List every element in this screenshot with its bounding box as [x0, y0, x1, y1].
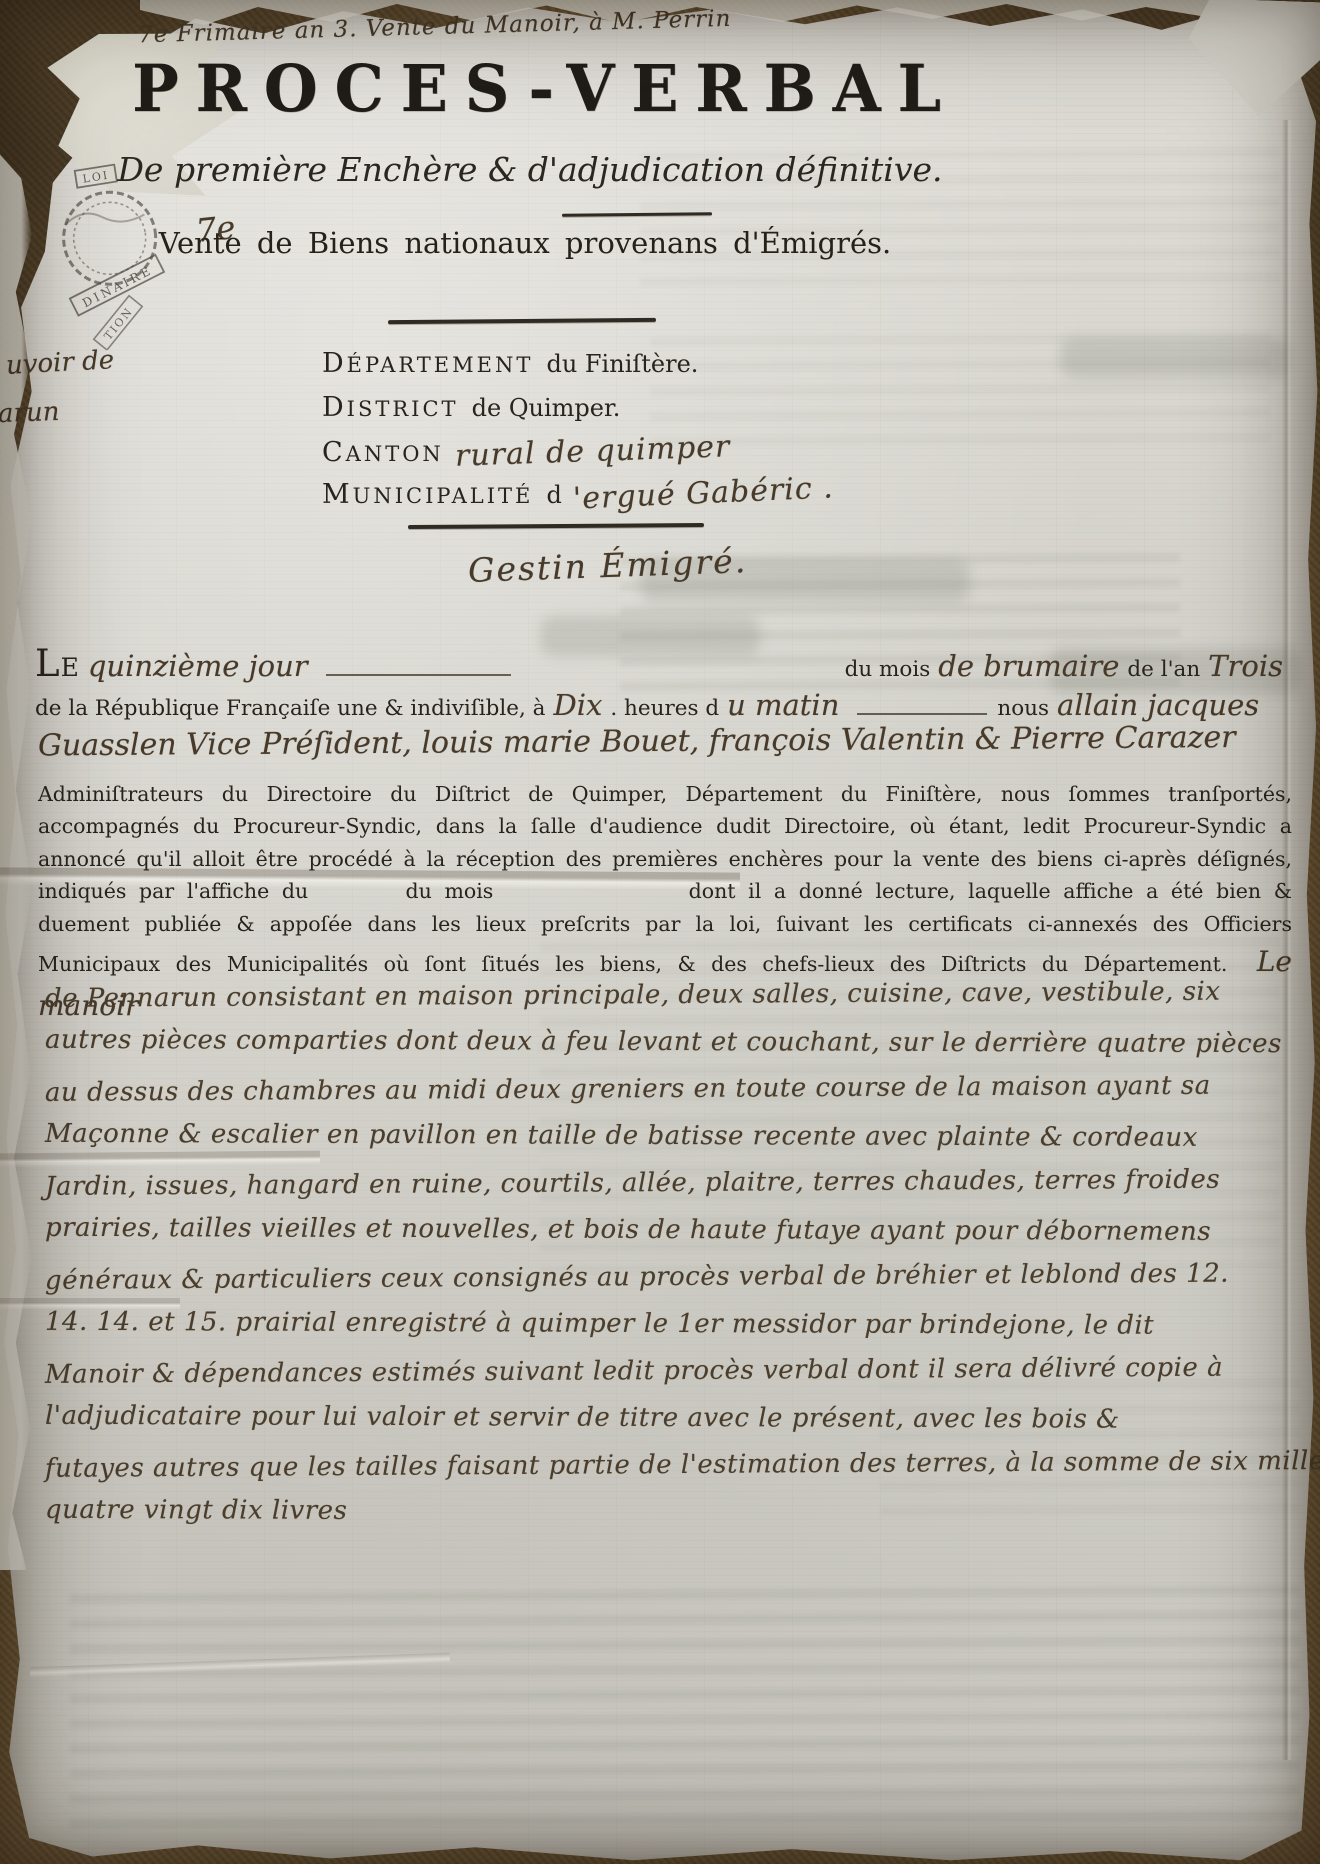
hour-fill: Dix: [553, 688, 602, 722]
deed-line: Maçonne & escalier en pavillon en taille…: [45, 1111, 1297, 1162]
blank-fill-line: [857, 697, 987, 715]
republic-print: de la République Françaiſe une & indiviſ…: [35, 696, 545, 721]
district-label: District: [322, 392, 459, 423]
left-margin-note: arun: [0, 397, 60, 429]
document-title: PROCES-VERBAL: [40, 51, 1050, 127]
municipalite-printed-d: d: [546, 481, 561, 509]
bleedthrough-text-area: [70, 1586, 1300, 1845]
deed-line: prairies, tailles vieilles et nouvelles,…: [45, 1205, 1297, 1256]
deed-line: l'adjudicataire pour lui valoir et servi…: [45, 1393, 1297, 1444]
deed-line: généraux & particuliers ceux consignés a…: [45, 1250, 1297, 1305]
photograph-background: LOI DINAIRE TION 7e Frimaire an 3. Vente…: [0, 0, 1320, 1864]
location-row-canton: Canton rural de quimper: [322, 434, 730, 469]
heures-print: . heures d: [610, 696, 719, 721]
du-mois-print: du mois: [845, 657, 931, 682]
location-row-municipalite: Municipalité d 'ergué Gabéric .: [322, 476, 834, 511]
departement-label: Département: [322, 348, 533, 379]
handwritten-deed-description: de Pennarun consistant en maison princip…: [45, 972, 1297, 1536]
intro-line-1: Le quinzième jour du mois de brumaire de…: [35, 642, 1291, 685]
names-start-fill: allain jacques: [1057, 688, 1259, 722]
deed-line: au dessus des chambres au midi deux gren…: [45, 1062, 1297, 1117]
location-row-departement: Département du Finiſtère.: [322, 348, 698, 379]
left-margin-note: uvoir de: [5, 345, 115, 381]
municipalite-handwritten-value: 'ergué Gabéric .: [572, 470, 834, 516]
deed-line: 14. 14. et 15. prairial enregistré à qui…: [45, 1299, 1297, 1350]
deed-line: de Pennarun consistant en maison princip…: [45, 968, 1297, 1023]
intro-line-2: de la République Françaiſe une & indiviſ…: [35, 688, 1291, 722]
ink-smudge: [1060, 338, 1290, 378]
municipalite-label: Municipalité: [322, 479, 533, 510]
blank-fill-line: [326, 658, 511, 676]
sale-category-line: Vente de Biens nationaux provenans d'Émi…: [120, 226, 930, 260]
deed-line: autres pièces comparties dont deux à feu…: [45, 1017, 1297, 1068]
document-subtitle: De première Enchère & d'adjudication déf…: [90, 150, 970, 189]
deed-line: futayes autres que les tailles faisant p…: [45, 1438, 1297, 1493]
year-fill: Trois: [1208, 649, 1283, 683]
lead-word: Le: [35, 642, 80, 685]
location-row-district: District de Quimper.: [322, 392, 620, 423]
deed-line: Jardin, issues, hangard en ruine, courti…: [45, 1156, 1297, 1211]
month-fill: de brumaire: [938, 649, 1119, 683]
de-lan-print: de l'an: [1127, 657, 1200, 682]
deed-line: Manoir & dépendances estimés suivant led…: [45, 1344, 1297, 1399]
departement-value: du Finiſtère.: [546, 350, 698, 378]
canton-label: Canton: [322, 437, 444, 468]
canton-handwritten-value: rural de quimper: [454, 429, 730, 474]
nous-print: nous: [997, 696, 1049, 721]
district-value: de Quimper.: [472, 394, 621, 422]
time-of-day-fill: u matin: [727, 688, 839, 722]
body-segment-2: du mois: [405, 879, 493, 903]
deed-line: quatre vingt dix livres: [45, 1487, 1297, 1538]
day-fill: quinzième jour: [88, 649, 308, 683]
